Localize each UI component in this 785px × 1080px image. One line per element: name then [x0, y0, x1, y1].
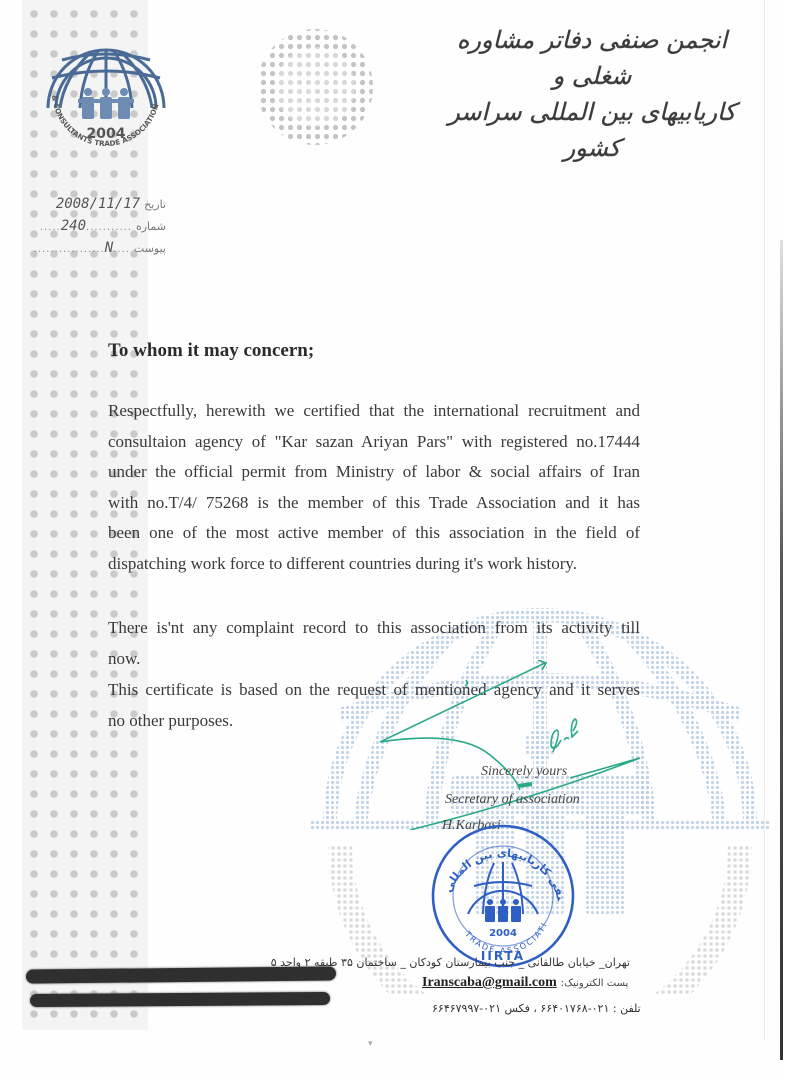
- association-stamp-icon: 2004 انجمن صنفی کاریابیهای بین المللی TR…: [428, 822, 578, 970]
- paragraph-line: dispatching work force to different coun…: [108, 549, 640, 580]
- ref-attachment-label: پیوست: [134, 242, 166, 255]
- closing-sincerely: Sincerely yours: [481, 764, 567, 780]
- ref-number-value: 240: [61, 218, 86, 234]
- dotted-leader: .....: [40, 222, 61, 233]
- ref-number-label: شماره: [136, 220, 166, 233]
- paragraph-line: consultaion agency of "Kar sazan Ariyan …: [108, 427, 640, 458]
- association-stamp: 2004 انجمن صنفی کاریابیهای بین المللی TR…: [428, 822, 578, 970]
- paragraph-line: Respectfully, herewith we certified that…: [108, 396, 640, 427]
- paragraph-line: with no.T/4/ 75268 is the member of this…: [108, 488, 640, 519]
- dotted-leader: ...........: [86, 222, 132, 233]
- letterhead-line-1: انجمن صنفی دفاتر مشاوره شغلی و: [427, 22, 757, 94]
- persian-letterhead: انجمن صنفی دفاتر مشاوره شغلی و کاریابیها…: [427, 22, 757, 166]
- paragraph-line: under the official permit from Ministry …: [108, 457, 640, 488]
- paragraph-line: been one of the most active member of th…: [108, 518, 640, 549]
- letterhead-line-2: کاریابیهای بین المللی سراسر کشور: [427, 94, 757, 166]
- redaction-bar: [26, 966, 336, 983]
- footer-email-row: Iranscaba@gmail.com پست الکترونیک:: [422, 975, 628, 991]
- globe-people-logo-icon: 2004 & CONSULTANTS TRADE ASSOCIATION: [38, 26, 173, 156]
- ref-attachment-value: N: [105, 240, 113, 256]
- svg-text:2004: 2004: [489, 928, 517, 939]
- closing-title: Secretary of association: [445, 792, 580, 808]
- letter-salutation: To whom it may concern;: [108, 340, 314, 362]
- page-edge-line: [764, 0, 765, 1040]
- scan-speck: ▾: [368, 1038, 373, 1049]
- faded-seal-watermark: [250, 24, 380, 149]
- scan-edge-shadow: [780, 240, 783, 1060]
- ref-date-row: 2008/11/17 تاریخ: [6, 196, 166, 218]
- paragraph-line: There is'nt any complaint record to this…: [108, 612, 640, 643]
- redaction-bar: [30, 992, 330, 1007]
- dotted-leader: ....: [113, 244, 130, 255]
- ref-attachment-row: ................. N .... پیوست: [6, 240, 166, 262]
- association-logo: 2004 & CONSULTANTS TRADE ASSOCIATION: [38, 26, 173, 156]
- ref-date-label: تاریخ: [144, 198, 166, 211]
- ref-date-value: 2008/11/17: [56, 196, 140, 212]
- letter-page: 2004 & CONSULTANTS TRADE ASSOCIATION انج…: [0, 0, 785, 1080]
- footer-email-link[interactable]: Iranscaba@gmail.com: [422, 975, 557, 991]
- ref-number-row: ..... 240 ........... شماره: [6, 218, 166, 240]
- reference-block: 2008/11/17 تاریخ ..... 240 ........... ش…: [6, 196, 166, 262]
- letter-paragraph-1: Respectfully, herewith we certified that…: [108, 396, 640, 579]
- footer-phone: تلفن : ۰۲۱-۶۶۴۰۱۷۶۸ ، فکس ۰۲۱-۶۶۴۶۷۹۹۷: [432, 1002, 641, 1015]
- footer-email-label: پست الکترونیک:: [561, 978, 629, 989]
- dotted-leader: .................: [34, 244, 105, 255]
